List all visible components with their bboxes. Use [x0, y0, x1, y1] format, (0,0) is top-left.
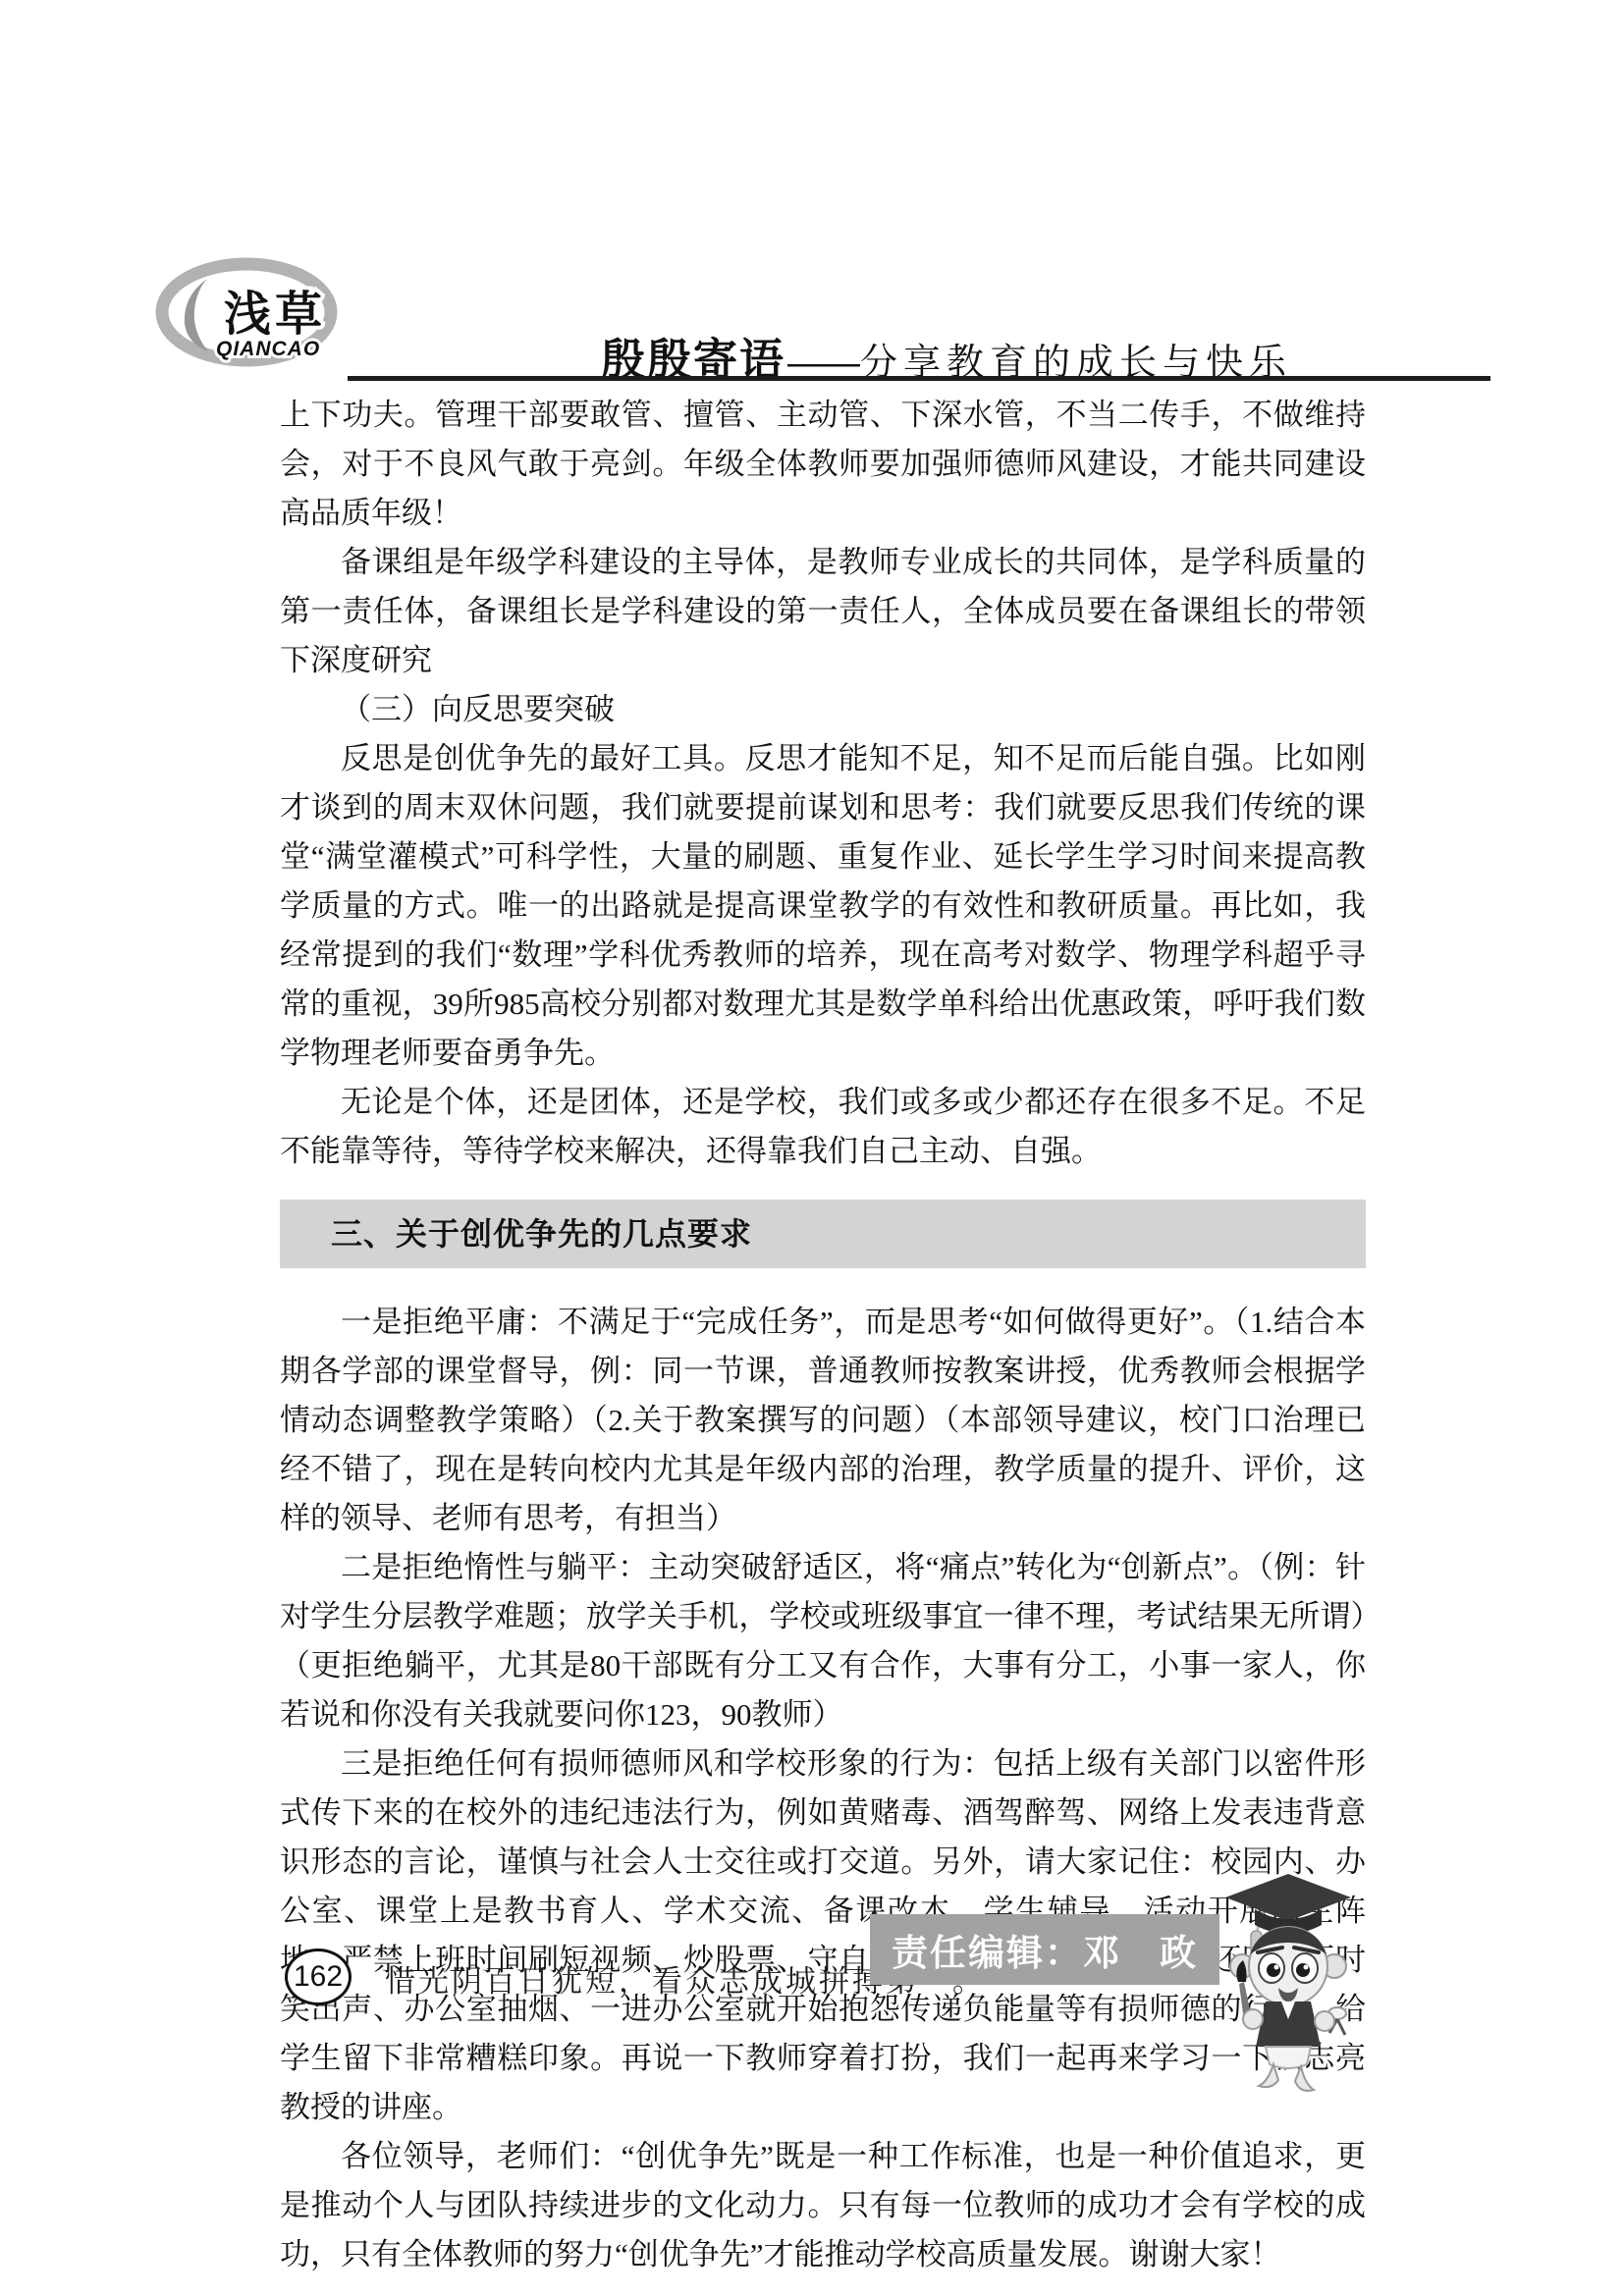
header-divider	[348, 376, 1490, 381]
graduate-baby-mascot-icon	[1214, 1870, 1363, 2098]
paragraph: 各位领导，老师们：“创优争先”既是一种工作标准，也是一种价值追求，更是推动个人与…	[280, 2132, 1366, 2279]
page-number-badge: 162	[285, 1949, 352, 2005]
paragraph: 反思是创优争先的最好工具。反思才能知不足，知不足而后能自强。比如刚才谈到的周末双…	[280, 734, 1366, 1078]
qiancao-swoosh-icon: 浅草 QIANCAO	[153, 253, 359, 376]
paragraph: 无论是个体，还是团体，还是学校，我们或多或少都还存在很多不足。不足不能靠等待，等…	[280, 1078, 1366, 1176]
paragraph: 备课组是年级学科建设的主导体，是教师专业成长的共同体，是学科质量的第一责任体，备…	[280, 538, 1366, 685]
logo-latin: QIANCAO	[216, 338, 320, 360]
paragraph: （三）向反思要突破	[280, 685, 1366, 734]
paragraph: 二是拒绝惰性与躺平：主动突破舒适区，将“痛点”转化为“创新点”。（例：针对学生分…	[280, 1543, 1366, 1739]
logo-hanzi: 浅草	[224, 289, 326, 341]
section-heading-bar: 三、关于创优争先的几点要求	[280, 1200, 1366, 1268]
editor-label: 责任编辑：邓 政	[892, 1923, 1198, 1976]
page-number: 162	[294, 1960, 343, 1994]
paragraph: 上下功夫。管理干部要敢管、擅管、主动管、下深水管，不当二传手，不做维持会，对于不…	[280, 391, 1366, 538]
section-heading: 三、关于创优争先的几点要求	[331, 1209, 752, 1258]
document-page: 浅草 QIANCAO 殷殷寄语 —— 分享教育的成长与快乐 上下功夫。管理干部要…	[0, 0, 1624, 2296]
paragraph: 一是拒绝平庸：不满足于“完成任务”，而是思考“如何做得更好”。（1.结合本期各学…	[280, 1298, 1366, 1543]
editor-box: 责任编辑：邓 政	[870, 1914, 1219, 1985]
qiancao-logo: 浅草 QIANCAO	[153, 253, 359, 376]
